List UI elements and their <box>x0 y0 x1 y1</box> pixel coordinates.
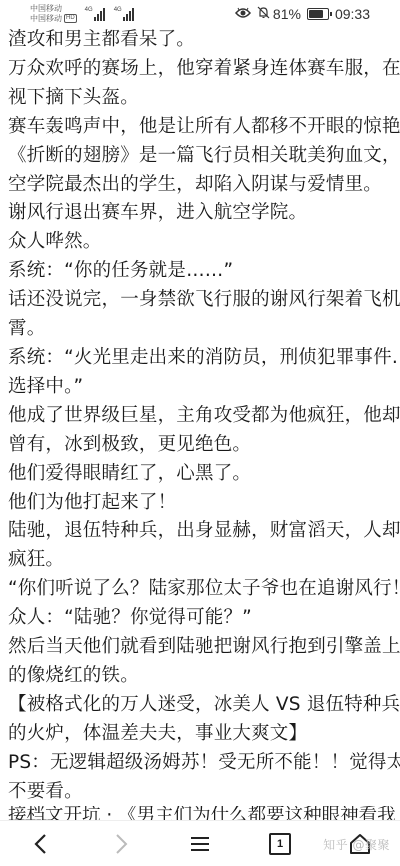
network-type-1: 4G <box>85 7 93 13</box>
text-line: 的像烧红的铁。 <box>8 662 392 691</box>
text-line: 他们为他打起来了！ <box>8 489 392 518</box>
text-line: 空学院最杰出的学生，却陷入阴谋与爱情里。 <box>8 171 392 200</box>
tabs-count: 1 <box>277 838 283 850</box>
text-line: 选择中。” <box>8 373 392 402</box>
carrier-2-row: 中国移动HD <box>30 14 77 24</box>
signal-2-icon: 4G <box>114 7 135 21</box>
text-line: 赛车轰鸣声中，他是让所有人都移不开眼的惊艳绝色。 <box>8 113 392 142</box>
menu-button[interactable] <box>185 829 215 859</box>
status-bar: 中国移动 中国移动HD 4G 4G 81% 09:33 <box>0 0 400 28</box>
text-line: 万众欢呼的赛场上，他穿着紧身连体赛车服，在全场的注 <box>8 55 392 84</box>
text-line: 然后当天他们就看到陆驰把谢风行抱到引擎盖上，身体热 <box>8 633 392 662</box>
text-line: 他成了世界级巨星，主角攻受都为他疯狂，他却连笑也不 <box>8 402 392 431</box>
cutoff-text-line: 接档文开坑 · 《男主们为什么都要这种眼神看我【快穿 <box>8 806 400 820</box>
hd-badge: HD <box>64 14 77 23</box>
text-line: 不要看。 <box>8 778 392 807</box>
text-line: 系统：“你的任务就是……” <box>8 257 392 286</box>
zhihu-watermark: 知乎 @聚聚 <box>323 836 390 853</box>
text-line: 渣攻和男主都看呆了。 <box>8 26 392 55</box>
text-line: 《折断的翅膀》是一篇飞行员相关耽美狗血文，男主是航 <box>8 142 392 171</box>
bell-muted-icon <box>257 6 270 22</box>
status-left: 中国移动 中国移动HD 4G 4G <box>0 4 135 24</box>
text-line: 疯狂。 <box>8 546 392 575</box>
article-content: 渣攻和男主都看呆了。 万众欢呼的赛场上，他穿着紧身连体赛车服，在全场的注 视下摘… <box>8 26 392 835</box>
forward-icon <box>115 833 129 855</box>
cutoff-text: 接档文开坑 · 《男主们为什么都要这种眼神看我【快穿 <box>8 806 400 820</box>
clock: 09:33 <box>335 6 370 22</box>
tabs-button[interactable]: 1 <box>265 829 295 859</box>
text-line: 霄。 <box>8 315 392 344</box>
browser-nav-bar: 1 知乎 @聚聚 <box>0 820 400 866</box>
text-line: 系统：“火光里走出来的消防员，刑侦犯罪事件……任务 <box>8 344 392 373</box>
text-line: PS：无逻辑超级汤姆苏！受无所不能！！觉得太夸张的 <box>8 749 392 778</box>
text-line: 【被格式化的万人迷受，冰美人 VS 退伍特种兵攻，行走 <box>8 691 392 720</box>
carrier-1: 中国移动 <box>30 4 77 14</box>
carrier-2: 中国移动 <box>30 14 62 23</box>
forward-button[interactable] <box>107 829 137 859</box>
signal-1-icon: 4G <box>85 7 106 21</box>
text-line: 众人：“陆驰？你觉得可能？” <box>8 604 392 633</box>
back-button[interactable] <box>25 829 55 859</box>
text-line: 众人哗然。 <box>8 228 392 257</box>
back-icon <box>33 833 47 855</box>
tabs-icon: 1 <box>269 833 291 855</box>
text-line: 的火炉，体温差夫夫，事业大爽文】 <box>8 720 392 749</box>
battery-icon <box>307 8 329 20</box>
text-line: 他们爱得眼睛红了，心黑了。 <box>8 460 392 489</box>
text-line: 话还没说完，一身禁欲飞行服的谢风行架着飞机便直冲云 <box>8 286 392 315</box>
eye-comfort-icon <box>235 7 251 22</box>
status-right: 81% 09:33 <box>229 6 400 22</box>
text-line: “你们听说了么？陆家那位太子爷也在追谢风行！” <box>8 575 392 604</box>
text-line: 曾有，冰到极致，更见绝色。 <box>8 431 392 460</box>
text-line: 陆驰，退伍特种兵，出身显赫，财富滔天，人却极度糙戾 <box>8 517 392 546</box>
text-line: 视下摘下头盔。 <box>8 84 392 113</box>
text-line: 谢风行退出赛车界，进入航空学院。 <box>8 199 392 228</box>
network-type-2: 4G <box>114 7 122 13</box>
battery-percent: 81% <box>273 6 301 22</box>
menu-icon <box>190 836 210 852</box>
carriers: 中国移动 中国移动HD <box>30 4 77 24</box>
